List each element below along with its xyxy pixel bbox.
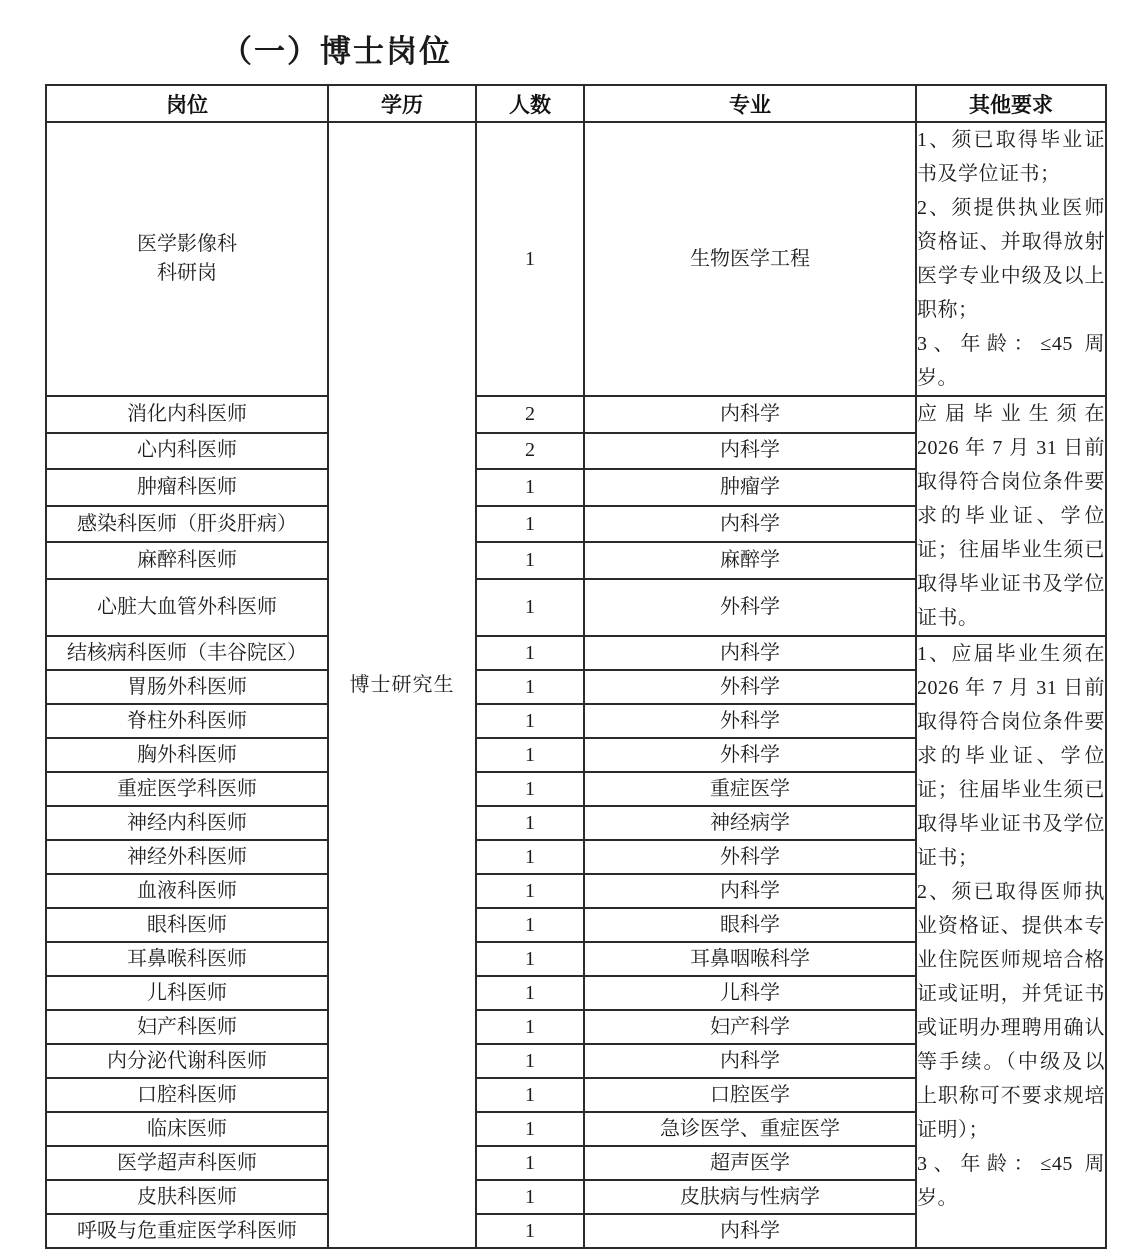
major-cell: 内科学: [584, 433, 916, 470]
position-cell: 心内科医师: [46, 433, 328, 470]
count-cell: 1: [476, 1044, 584, 1078]
count-cell: 1: [476, 1112, 584, 1146]
major-cell: 皮肤病与性病学: [584, 1180, 916, 1214]
count-cell: 2: [476, 433, 584, 470]
major-cell: 外科学: [584, 579, 916, 636]
major-cell: 超声医学: [584, 1146, 916, 1180]
column-header-requirements: 其他要求: [916, 85, 1106, 122]
count-cell: 1: [476, 874, 584, 908]
position-cell: 呼吸与危重症医学科医师: [46, 1214, 328, 1248]
count-cell: 1: [476, 908, 584, 942]
major-cell: 内科学: [584, 874, 916, 908]
major-cell: 内科学: [584, 1214, 916, 1248]
position-cell: 麻醉科医师: [46, 542, 328, 579]
count-cell: 1: [476, 738, 584, 772]
position-cell: 结核病科医师（丰谷院区）: [46, 636, 328, 670]
column-header-education: 学历: [328, 85, 476, 122]
position-cell: 神经外科医师: [46, 840, 328, 874]
count-cell: 1: [476, 1214, 584, 1248]
major-cell: 内科学: [584, 396, 916, 433]
position-cell: 临床医师: [46, 1112, 328, 1146]
position-cell: 儿科医师: [46, 976, 328, 1010]
count-cell: 1: [476, 704, 584, 738]
count-cell: 1: [476, 1078, 584, 1112]
position-cell: 皮肤科医师: [46, 1180, 328, 1214]
major-cell: 妇产科学: [584, 1010, 916, 1044]
major-cell: 眼科学: [584, 908, 916, 942]
count-cell: 1: [476, 806, 584, 840]
column-header-count: 人数: [476, 85, 584, 122]
count-cell: 1: [476, 840, 584, 874]
count-cell: 1: [476, 122, 584, 396]
major-cell: 神经病学: [584, 806, 916, 840]
table-row: 医学影像科 科研岗博士研究生1生物医学工程1、须已取得毕业证书及学位证书； 2、…: [46, 122, 1106, 396]
position-cell: 消化内科医师: [46, 396, 328, 433]
requirements-cell: 1、应届毕业生须在 2026 年 7 月 31 日前取得符合岗位条件要求的毕业证…: [916, 636, 1106, 1248]
position-cell: 耳鼻喉科医师: [46, 942, 328, 976]
position-cell: 眼科医师: [46, 908, 328, 942]
major-cell: 急诊医学、重症医学: [584, 1112, 916, 1146]
column-header-major: 专业: [584, 85, 916, 122]
major-cell: 外科学: [584, 704, 916, 738]
major-cell: 内科学: [584, 506, 916, 543]
position-cell: 感染科医师（肝炎肝病）: [46, 506, 328, 543]
column-header-position: 岗位: [46, 85, 328, 122]
page-title: （一）博士岗位: [221, 26, 1139, 71]
count-cell: 1: [476, 976, 584, 1010]
count-cell: 1: [476, 1146, 584, 1180]
count-cell: 1: [476, 469, 584, 506]
position-cell: 脊柱外科医师: [46, 704, 328, 738]
education-cell: 博士研究生: [328, 122, 476, 1248]
major-cell: 外科学: [584, 738, 916, 772]
major-cell: 麻醉学: [584, 542, 916, 579]
count-cell: 1: [476, 579, 584, 636]
count-cell: 1: [476, 942, 584, 976]
major-cell: 肿瘤学: [584, 469, 916, 506]
major-cell: 耳鼻咽喉科学: [584, 942, 916, 976]
count-cell: 1: [476, 772, 584, 806]
count-cell: 1: [476, 1180, 584, 1214]
position-cell: 重症医学科医师: [46, 772, 328, 806]
position-cell: 肿瘤科医师: [46, 469, 328, 506]
major-cell: 生物医学工程: [584, 122, 916, 396]
position-cell: 妇产科医师: [46, 1010, 328, 1044]
requirements-cell: 应届毕业生须在 2026 年 7 月 31 日前取得符合岗位条件要求的毕业证、学…: [916, 396, 1106, 636]
table-row: 结核病科医师（丰谷院区）1内科学1、应届毕业生须在 2026 年 7 月 31 …: [46, 636, 1106, 670]
major-cell: 内科学: [584, 636, 916, 670]
major-cell: 儿科学: [584, 976, 916, 1010]
count-cell: 1: [476, 506, 584, 543]
header-row: 岗位 学历 人数 专业 其他要求: [46, 85, 1106, 122]
position-cell: 胸外科医师: [46, 738, 328, 772]
requirements-cell: 1、须已取得毕业证书及学位证书； 2、须提供执业医师资格证、并取得放射医学专业中…: [916, 122, 1106, 396]
major-cell: 重症医学: [584, 772, 916, 806]
position-cell: 医学影像科 科研岗: [46, 122, 328, 396]
position-cell: 血液科医师: [46, 874, 328, 908]
major-cell: 内科学: [584, 1044, 916, 1078]
position-cell: 医学超声科医师: [46, 1146, 328, 1180]
position-cell: 心脏大血管外科医师: [46, 579, 328, 636]
table-row: 消化内科医师2内科学应届毕业生须在 2026 年 7 月 31 日前取得符合岗位…: [46, 396, 1106, 433]
count-cell: 1: [476, 1010, 584, 1044]
position-cell: 神经内科医师: [46, 806, 328, 840]
position-cell: 胃肠外科医师: [46, 670, 328, 704]
count-cell: 1: [476, 542, 584, 579]
major-cell: 外科学: [584, 670, 916, 704]
major-cell: 外科学: [584, 840, 916, 874]
positions-table: 岗位 学历 人数 专业 其他要求 医学影像科 科研岗博士研究生1生物医学工程1、…: [45, 84, 1107, 1249]
count-cell: 2: [476, 396, 584, 433]
count-cell: 1: [476, 636, 584, 670]
position-cell: 内分泌代谢科医师: [46, 1044, 328, 1078]
major-cell: 口腔医学: [584, 1078, 916, 1112]
count-cell: 1: [476, 670, 584, 704]
position-cell: 口腔科医师: [46, 1078, 328, 1112]
